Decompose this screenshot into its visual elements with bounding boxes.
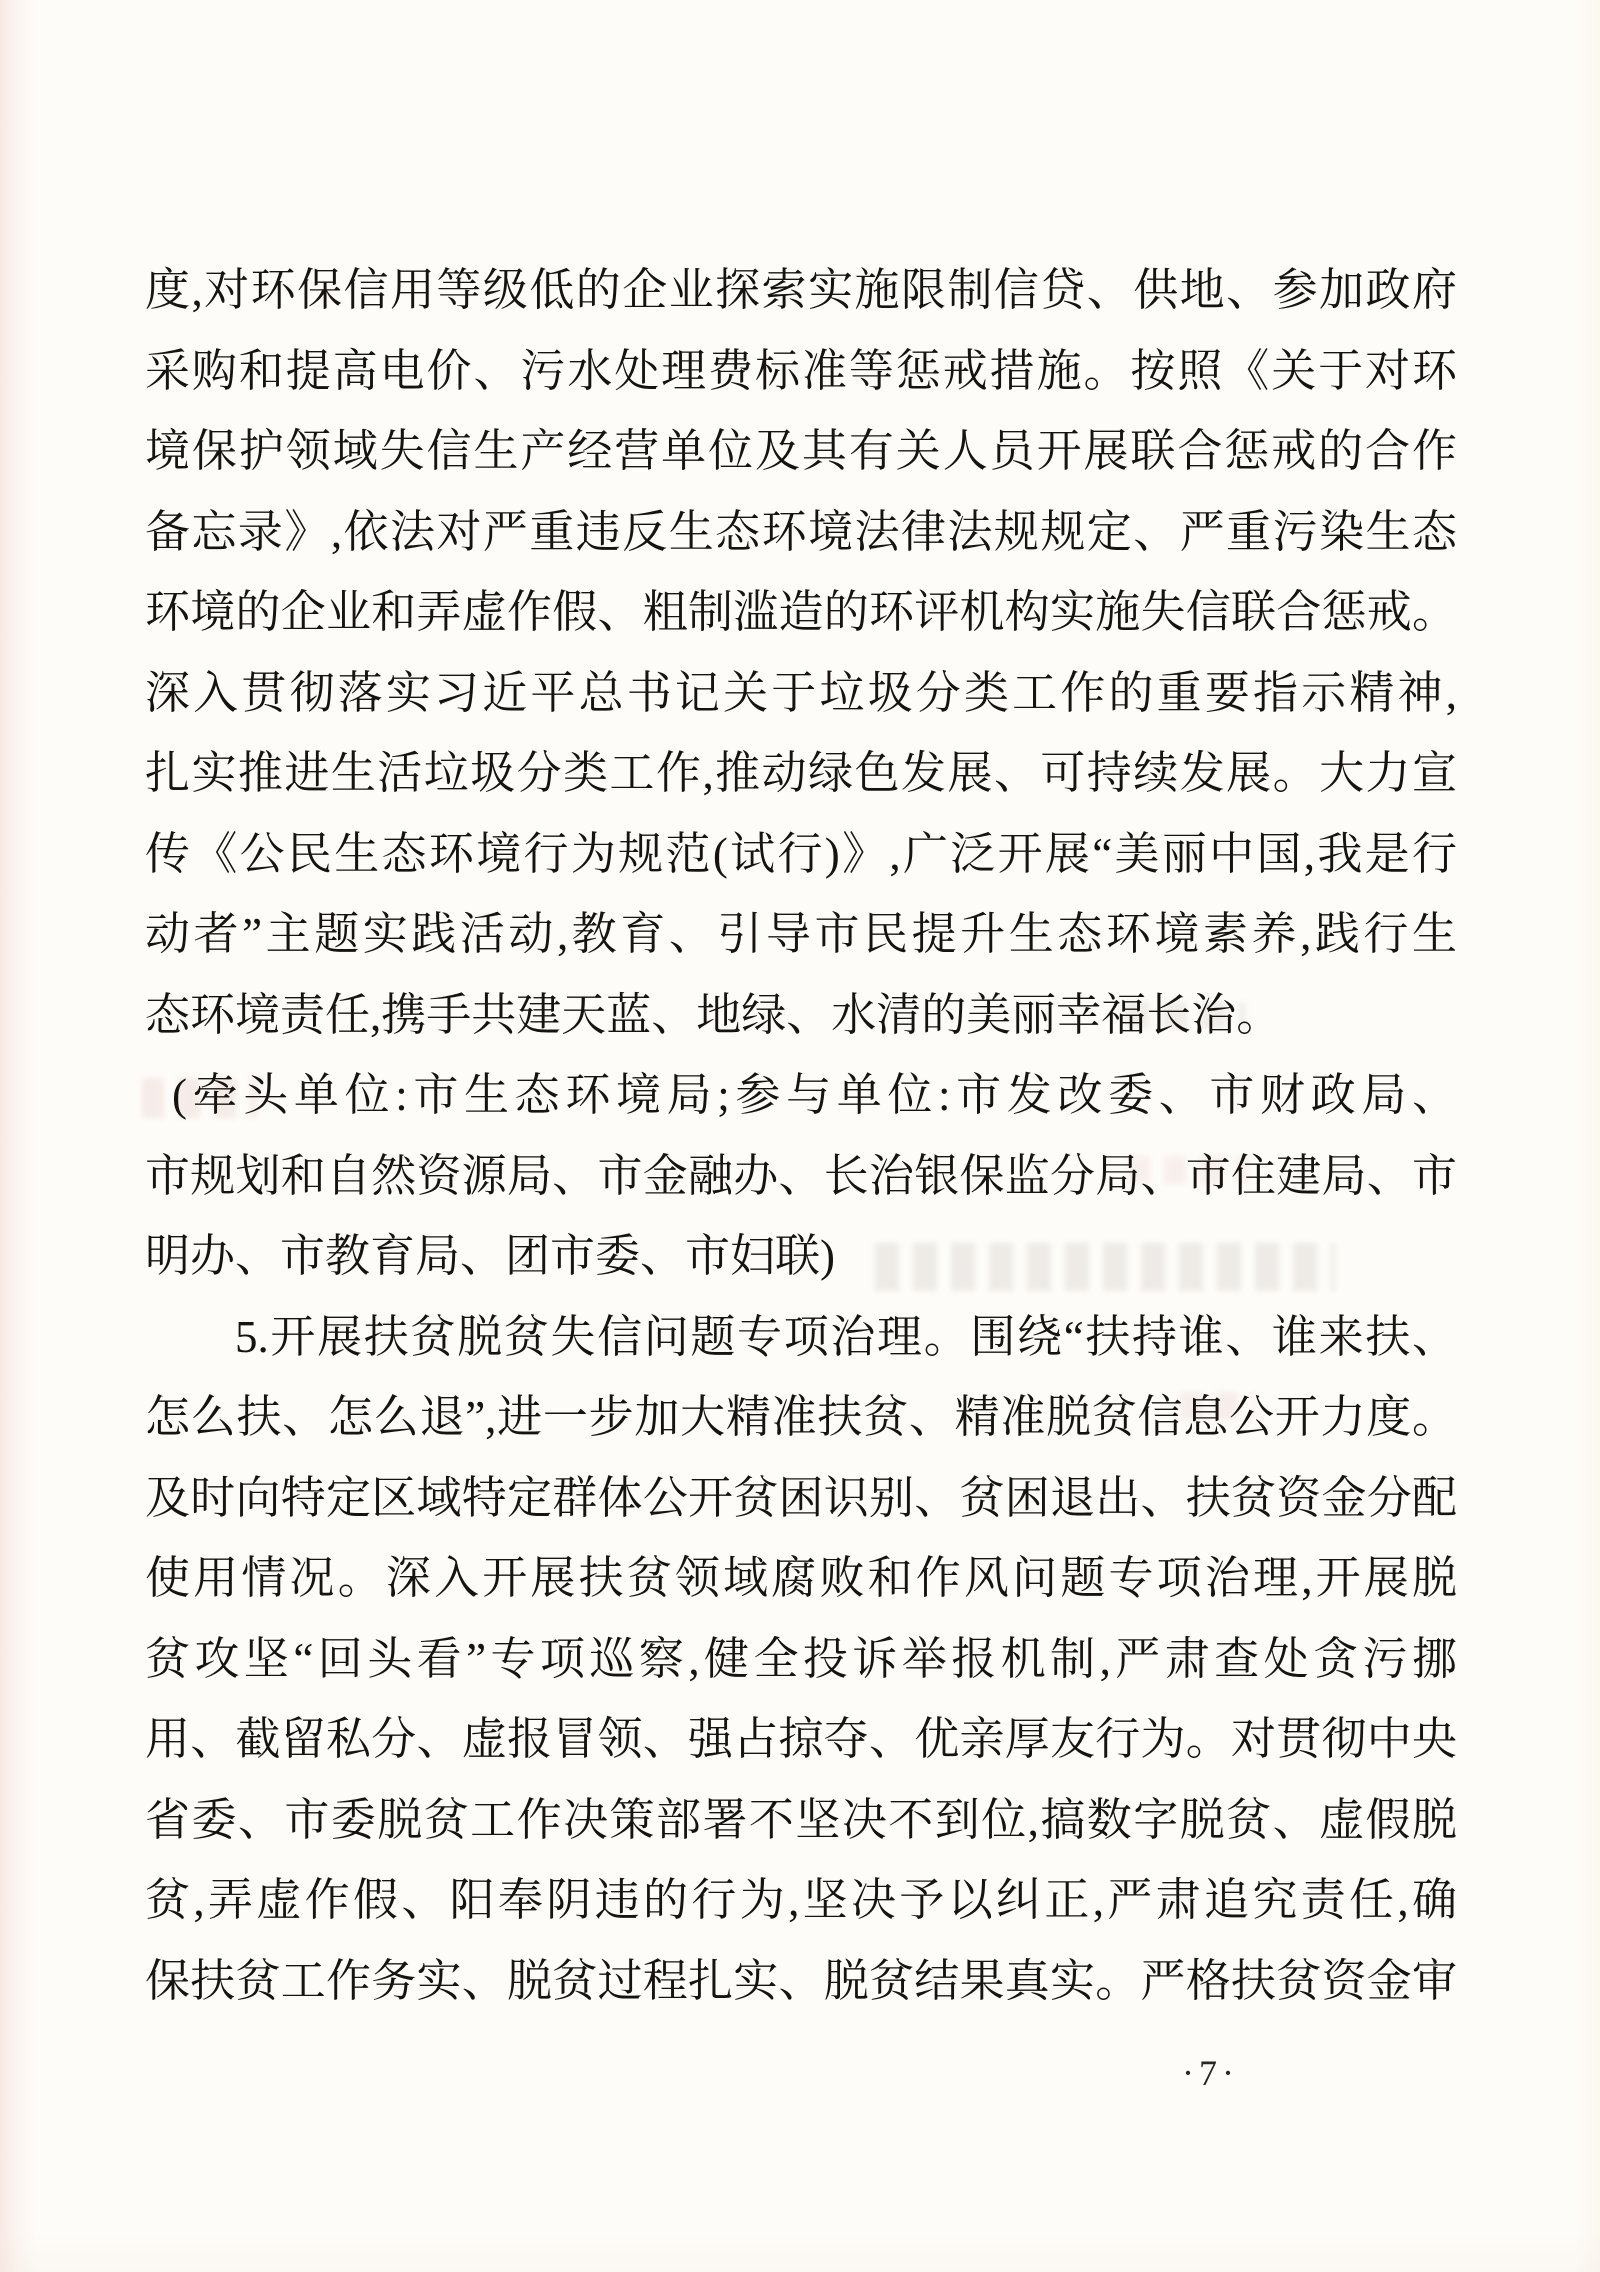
document-page: 度,对环保信用等级低的企业探索实施限制信贷、供地、参加政府采购和提高电价、污水处… bbox=[0, 0, 1600, 2272]
text-line: 动者”主题实践活动,教育、引导市民提升生态环境素养,践行生 bbox=[145, 894, 1457, 975]
text-line: 及时向特定区域特定群体公开贫困识别、贫困退出、扶贫资金分配 bbox=[145, 1458, 1457, 1539]
text-line: 采购和提高电价、污水处理费标准等惩戒措施。按照《关于对环 bbox=[145, 331, 1457, 412]
text-line: 保扶贫工作务实、脱贫过程扎实、脱贫结果真实。严格扶贫资金审 bbox=[145, 1941, 1457, 2022]
text-line: 传《公民生态环境行为规范(试行)》,广泛开展“美丽中国,我是行 bbox=[145, 814, 1457, 895]
text-line: 贫攻坚“回头看”专项巡察,健全投诉举报机制,严肃查处贪污挪 bbox=[145, 1619, 1457, 1700]
text-line: 备忘录》,依法对严重违反生态环境法律法规规定、严重污染生态 bbox=[145, 492, 1457, 573]
text-line: 度,对环保信用等级低的企业探索实施限制信贷、供地、参加政府 bbox=[145, 250, 1457, 331]
text-line: (牵头单位:市生态环境局;参与单位:市发改委、市财政局、 bbox=[145, 1055, 1457, 1136]
page-number: ·7· bbox=[1182, 2052, 1239, 2094]
text-line: 贫,弄虚作假、阳奉阴违的行为,坚决予以纠正,严肃追究责任,确 bbox=[145, 1860, 1457, 1941]
text-lines: 度,对环保信用等级低的企业探索实施限制信贷、供地、参加政府采购和提高电价、污水处… bbox=[145, 250, 1457, 2021]
text-line: 5.开展扶贫脱贫失信问题专项治理。围绕“扶持谁、谁来扶、 bbox=[145, 1297, 1457, 1378]
text-line: 态环境责任,携手共建天蓝、地绿、水清的美丽幸福长治。 bbox=[145, 975, 1457, 1056]
text-line: 市规划和自然资源局、市金融办、长治银保监分局、市住建局、市文 bbox=[145, 1136, 1457, 1217]
text-line: 境保护领域失信生产经营单位及其有关人员开展联合惩戒的合作 bbox=[145, 411, 1457, 492]
text-line: 扎实推进生活垃圾分类工作,推动绿色发展、可持续发展。大力宣 bbox=[145, 733, 1457, 814]
text-line: 怎么扶、怎么退”,进一步加大精准扶贫、精准脱贫信息公开力度。 bbox=[145, 1377, 1457, 1458]
text-line: 深入贯彻落实习近平总书记关于垃圾分类工作的重要指示精神, bbox=[145, 653, 1457, 734]
text-line: 省委、市委脱贫工作决策部署不坚决不到位,搞数字脱贫、虚假脱 bbox=[145, 1780, 1457, 1861]
text-line: 使用情况。深入开展扶贫领域腐败和作风问题专项治理,开展脱 bbox=[145, 1538, 1457, 1619]
text-line: 明办、市教育局、团市委、市妇联) bbox=[145, 1216, 1457, 1297]
text-line: 用、截留私分、虚报冒领、强占掠夺、优亲厚友行为。对贯彻中央和 bbox=[145, 1699, 1457, 1780]
text-line: 环境的企业和弄虚作假、粗制滥造的环评机构实施失信联合惩戒。 bbox=[145, 572, 1457, 653]
